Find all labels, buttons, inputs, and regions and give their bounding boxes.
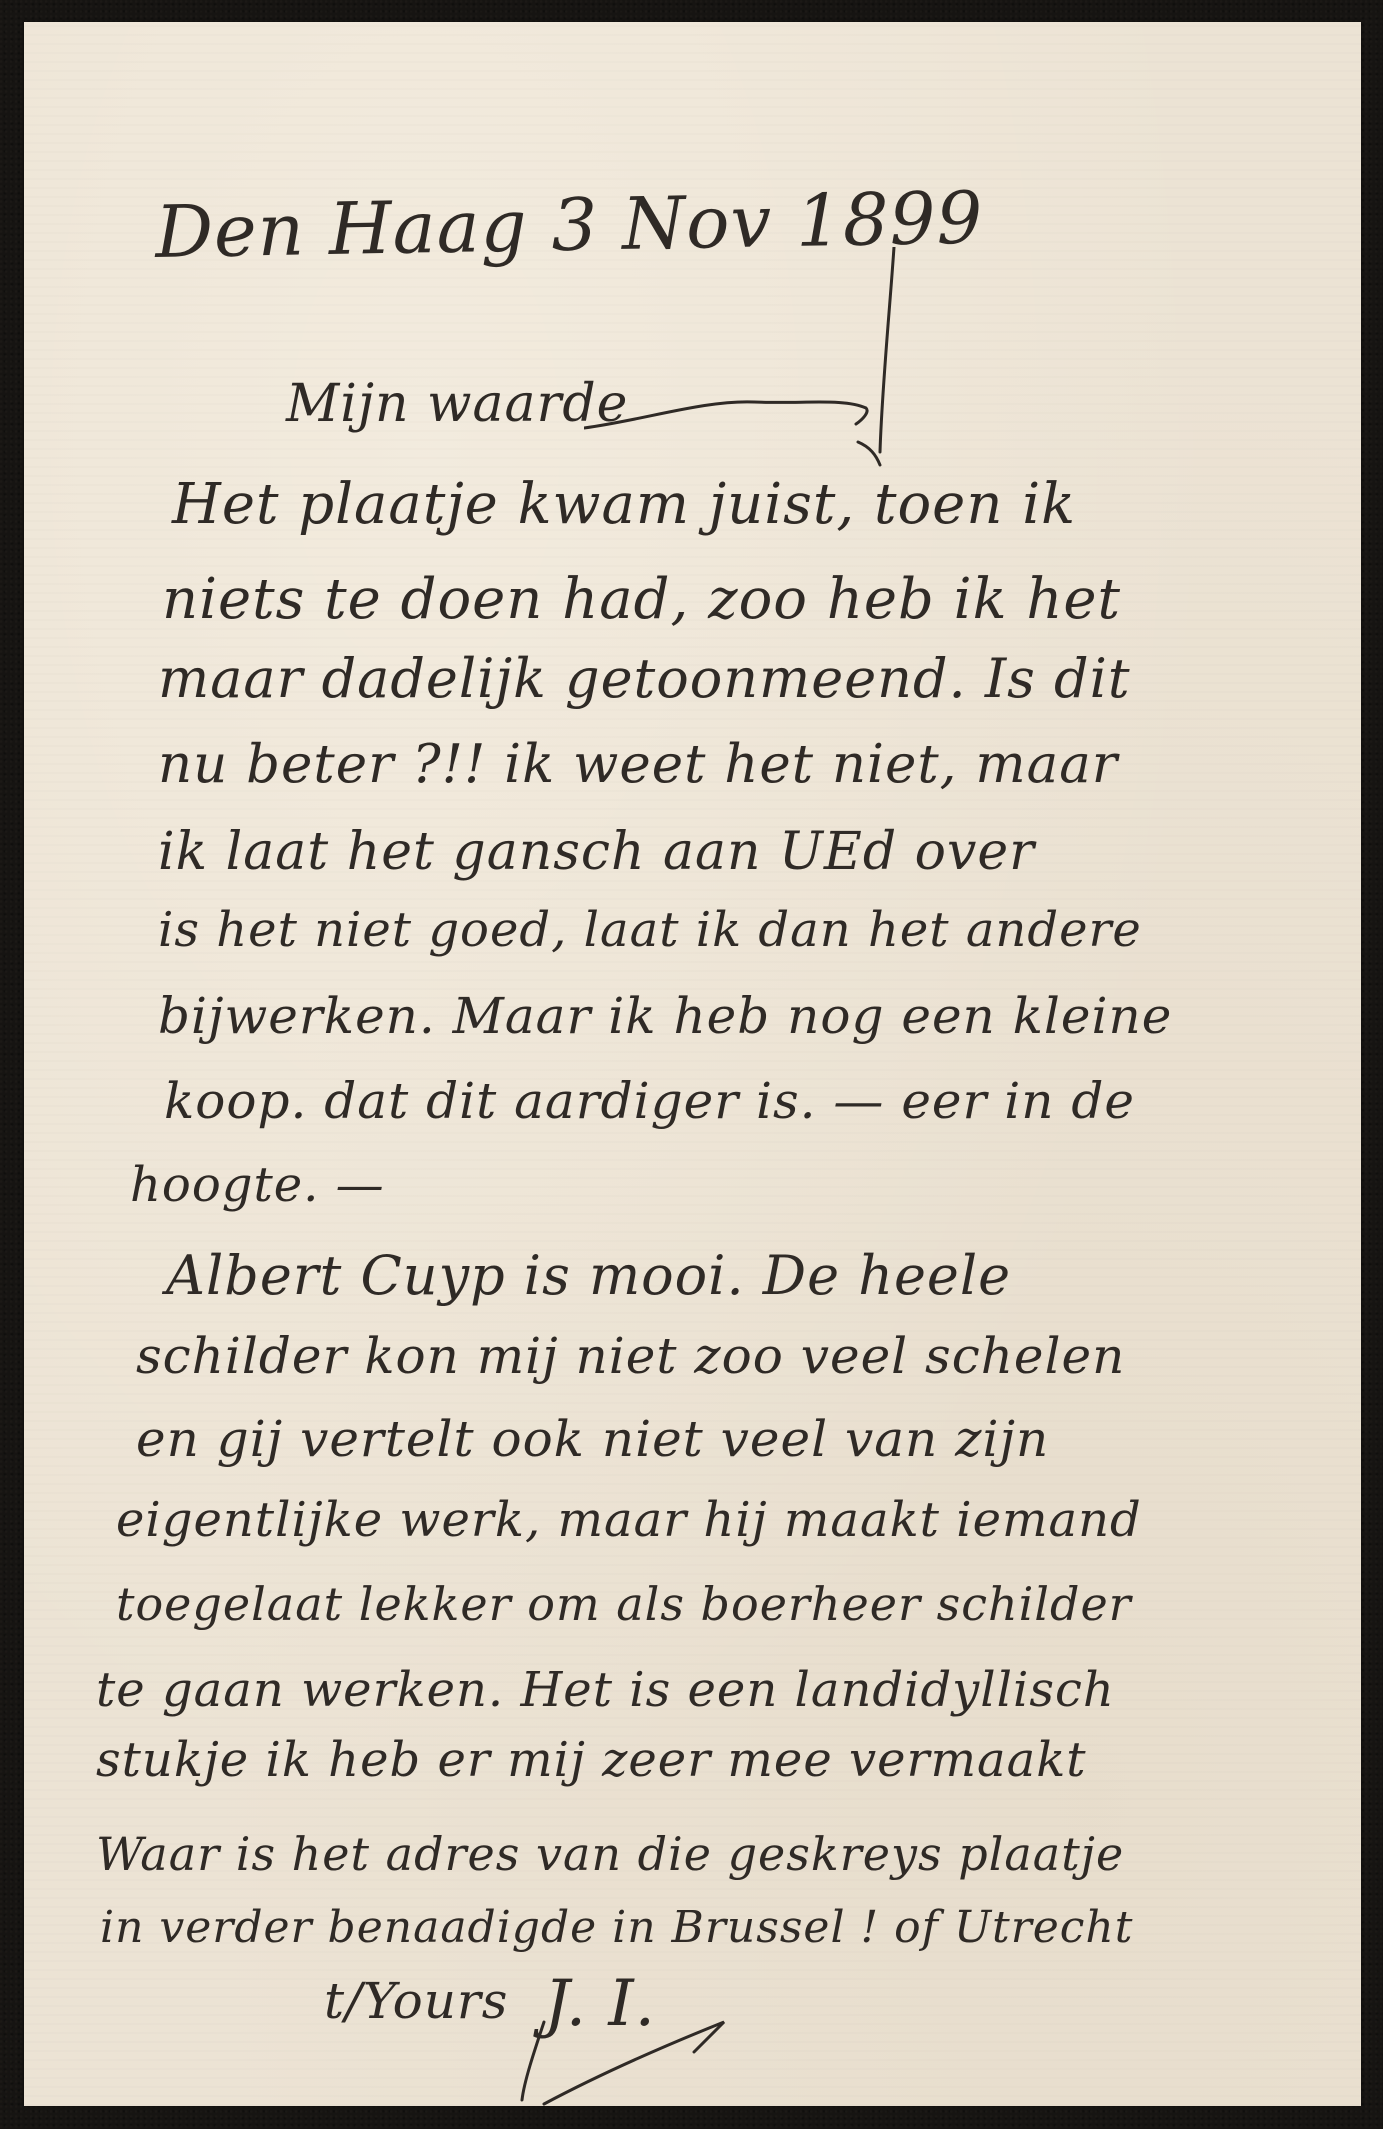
body-line-16: stukje ik heb er mij zeer mee vermaakt [96,1732,1087,1788]
body-line-18: in verder benaadigde in Brussel ! of Utr… [100,1902,1133,1953]
salutation: Mijn waarde [286,374,628,434]
body-line-7: bijwerken. Maar ik heb nog een kleine [158,987,1172,1045]
body-line-14: toegelaat lekker om als boerheer schilde… [116,1577,1132,1631]
body-line-8: koop. dat dit aardiger is. — eer in de [164,1072,1135,1130]
body-line-4: nu beter ?!! ik weet het niet, maar [158,734,1118,795]
body-line-11: schilder kon mij niet zoo veel schelen [136,1327,1125,1385]
body-line-5: ik laat het gansch aan UEd over [158,822,1035,882]
letter-page: Den Haag 3 Nov 1899 Mijn waarde Het plaa… [24,22,1361,2106]
body-line-17: Waar is het adres van die geskreys plaat… [96,1827,1124,1881]
body-line-6: is het niet goed, laat ik dan het andere [158,902,1142,958]
body-line-12: en gij vertelt ook niet veel van zijn [136,1410,1049,1468]
body-line-13: eigentlijke werk, maar hij maakt iemand [116,1492,1142,1548]
body-line-1: Het plaatje kwam juist, toen ik [172,472,1076,537]
signature-flourish [504,2012,744,2112]
body-line-9: hoogte. — [130,1157,385,1213]
body-line-2: niets te doen had, zoo heb ik het [162,567,1121,632]
body-line-15: te gaan werken. Het is een landidyllisch [96,1662,1115,1718]
body-line-10: Albert Cuyp is mooi. De heele [166,1244,1011,1307]
salutation-underline-flourish [584,390,874,440]
body-line-3: maar dadelijk getoonmeend. Is dit [158,647,1131,710]
closing: t/Yours [324,1972,508,2030]
